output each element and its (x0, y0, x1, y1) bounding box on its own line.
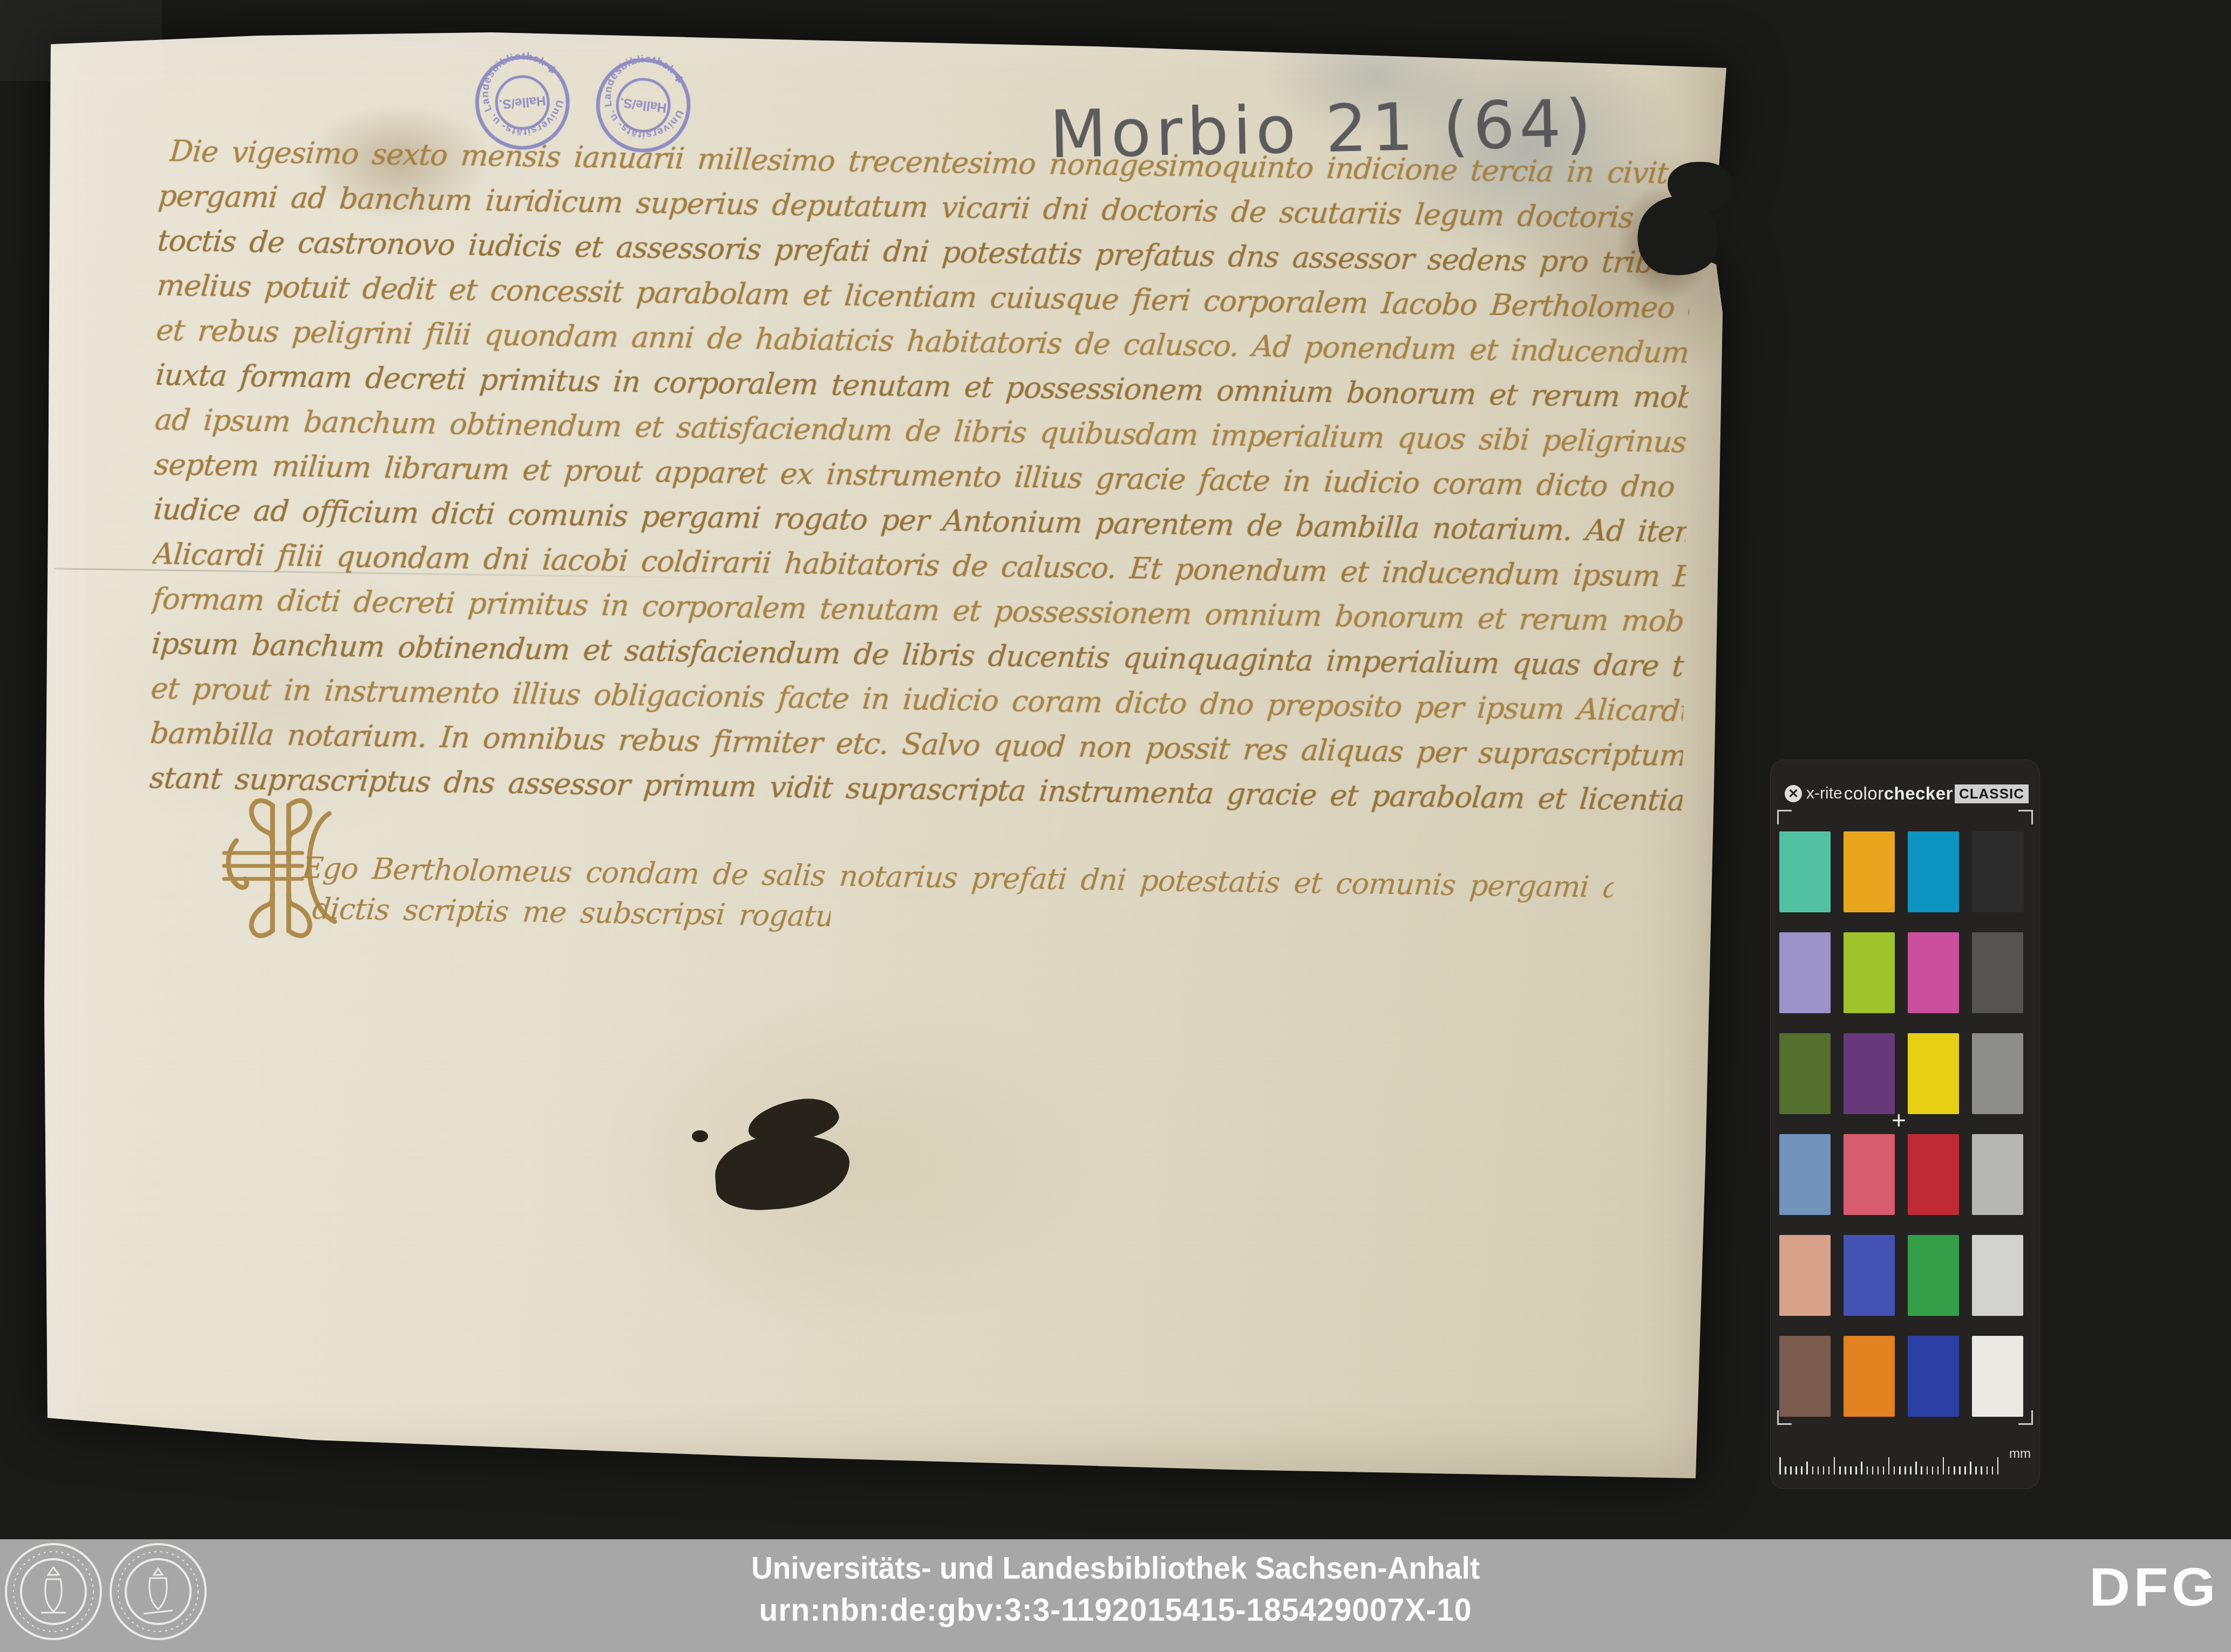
mm-ruler (1779, 1449, 2006, 1474)
ruler-tick (1987, 1466, 1988, 1474)
ruler-tick (1932, 1466, 1934, 1474)
ruler-tick (1834, 1457, 1835, 1474)
classic-badge: CLASSIC (1955, 784, 2029, 803)
ink-blot (692, 1130, 708, 1142)
ruler-tick (1904, 1466, 1906, 1474)
notary-subscription-line: dictis scriptis me subscripsi rogatus et… (311, 892, 832, 933)
ruler-tick (1888, 1457, 1890, 1474)
ruler-tick (1899, 1466, 1901, 1474)
ruler-tick (1937, 1466, 1939, 1474)
dfg-logo: DFG (2089, 1557, 2219, 1619)
manuscript-line: bambilla notarium. In omnibus rebus firm… (149, 716, 1684, 773)
ruler-tick (1970, 1462, 1971, 1474)
color-patch-green (1908, 1235, 1959, 1316)
color-patch-blue-flower (1779, 932, 1831, 1013)
color-patch-magenta (1908, 932, 1959, 1013)
ruler-tick (1779, 1457, 1781, 1474)
mm-ruler-unit: mm (2009, 1446, 2031, 1462)
ruler-tick (1818, 1466, 1819, 1474)
library-name: Universitäts- und Landesbibliothek Sachs… (751, 1550, 1480, 1586)
center-cross-mark: + (1892, 1105, 1906, 1135)
ruler-tick (1850, 1466, 1852, 1474)
parchment-surface: Die vigesimo sexto mensis ianuarii mille… (43, 31, 1731, 1484)
ruler-tick (1855, 1466, 1857, 1474)
color-patch-blue (1908, 1336, 1959, 1417)
svg-text:Universitäts- u. Landesbibliot: Universitäts- u. Landesbibliothek ✱ (476, 47, 568, 141)
color-patch-blue-sky (1779, 1134, 1831, 1215)
ruler-tick (1795, 1466, 1797, 1474)
svg-text:Universitäts- u. Landesbibliot: Universitäts- u. Landesbibliothek ✱ (597, 49, 692, 145)
ruler-tick (1910, 1466, 1912, 1474)
notary-signum-icon (221, 784, 345, 962)
color-patch-white (1972, 1336, 2023, 1417)
ruler-tick (1861, 1462, 1862, 1474)
svg-text:Halle/S.: Halle/S. (619, 95, 667, 115)
ruler-tick (1790, 1466, 1792, 1474)
color-patch-cyan (1908, 831, 1959, 912)
ruler-tick (1867, 1466, 1868, 1474)
svg-text:Halle/S.: Halle/S. (499, 93, 547, 111)
color-patch-yellow (1908, 1033, 1959, 1114)
colorchecker-header: ✕ x-rite colorchecker CLASSIC (1785, 781, 2029, 807)
colorchecker-title: colorchecker (1844, 783, 1953, 804)
xrite-logo-icon: ✕ (1785, 785, 1802, 802)
parchment-document: Die vigesimo sexto mensis ianuarii mille… (43, 31, 1731, 1484)
manuscript-line: Alicardi filii quondam dni iacobi coldir… (152, 537, 1687, 593)
color-patch-black (1972, 831, 2023, 912)
ruler-tick (1964, 1466, 1966, 1474)
color-patch-neutral-5 (1972, 1033, 2023, 1114)
color-patch-foliage (1779, 1033, 1831, 1114)
ruler-tick (1845, 1466, 1846, 1474)
manuscript-line: ipsum banchum obtinendum et satisfaciend… (150, 626, 1685, 683)
ruler-tick (1943, 1457, 1944, 1474)
manuscript-line: ad ipsum banchum obtinendum et satisfaci… (154, 402, 1689, 459)
ruler-tick (1785, 1466, 1786, 1474)
ruler-tick (1823, 1466, 1825, 1474)
title-light: color (1844, 783, 1884, 803)
color-patch-yellow-green (1844, 932, 1895, 1013)
pencil-shelfmark: Morbio 21 (64) (1049, 85, 1596, 173)
ruler-tick (1981, 1466, 1982, 1474)
ruler-tick (1883, 1466, 1885, 1474)
manuscript-line: iudice ad officium dicti comunis pergami… (152, 492, 1688, 549)
title-bold: checker (1884, 783, 1953, 803)
registration-bracket (2018, 810, 2033, 824)
color-patch-light-skin (1779, 1235, 1831, 1316)
ruler-tick (1839, 1466, 1841, 1474)
manuscript-line: formam dicti decreti primitus in corpora… (151, 582, 1686, 638)
color-patch-moderate-red (1844, 1134, 1895, 1215)
manuscript-line: et rebus peligrini filii quondam anni de… (155, 313, 1690, 370)
university-seal-icon (108, 1541, 208, 1642)
color-patch-red (1908, 1134, 1959, 1215)
digitization-footer: Universitäts- und Landesbibliothek Sachs… (0, 1539, 2231, 1652)
ruler-tick (1915, 1462, 1917, 1474)
ruler-tick (1992, 1466, 1994, 1474)
ruler-tick (1872, 1466, 1874, 1474)
ruler-tick (1878, 1466, 1879, 1474)
colorchecker-card: ✕ x-rite colorchecker CLASSIC + mm (1770, 760, 2040, 1489)
xrite-brand: ✕ x-rite (1785, 784, 1842, 803)
ruler-tick (1894, 1466, 1895, 1474)
color-patch-purplish-blue (1844, 1235, 1895, 1316)
xrite-brand-label: x-rite (1806, 784, 1842, 803)
manuscript-line: stant suprascriptus dns assessor primum … (148, 761, 1684, 817)
ruler-tick (1828, 1466, 1830, 1474)
parchment-crease (54, 568, 863, 581)
color-patch-bluish-green (1779, 831, 1831, 912)
ruler-tick (1801, 1466, 1803, 1474)
ruler-tick (1954, 1466, 1955, 1474)
notary-subscription-line: Ego Bertholomeus condam de salis notariu… (301, 851, 1615, 904)
ruler-tick (1812, 1466, 1814, 1474)
manuscript-line: iuxta formam decreti primitus in corpora… (154, 358, 1690, 414)
ruler-tick (1921, 1466, 1922, 1474)
ruler-tick (1927, 1466, 1928, 1474)
color-patch-neutral-6-5 (1972, 1134, 2023, 1215)
ruler-tick (1959, 1466, 1961, 1474)
manuscript-lines: Die vigesimo sexto mensis ianuarii mille… (23, 30, 1733, 1507)
ruler-tick (1997, 1457, 1999, 1474)
ruler-tick (1975, 1466, 1977, 1474)
manuscript-line: septem milium librarum et prout apparet … (153, 447, 1688, 504)
manuscript-line: toctis de castronovo iudicis et assessor… (157, 223, 1692, 280)
color-patch-neutral-3-5 (1972, 932, 2023, 1013)
ruler-tick (1806, 1462, 1808, 1474)
color-patch-orange (1844, 1336, 1895, 1417)
library-stamp: Universitäts- u. Landesbibliothek ✱ Hall… (586, 48, 700, 162)
manuscript-line: melius potuit dedit et concessit parabol… (155, 268, 1691, 325)
color-patch-neutral-8 (1972, 1235, 2023, 1316)
urn-identifier: urn:nbn:de:gbv:3:3-1192015415-185429007X… (759, 1591, 1472, 1628)
color-patch-dark-skin (1779, 1336, 1831, 1417)
manuscript-line: pergami ad banchum iuridicum superius de… (157, 179, 1692, 235)
library-stamp: Universitäts- u. Landesbibliothek ✱ Hall… (467, 47, 578, 158)
color-patch-orange-yellow (1844, 831, 1895, 912)
manuscript-line: et prout in instrumento illius obligacio… (149, 671, 1685, 728)
university-seal-icon (3, 1541, 104, 1642)
color-patch-purple (1844, 1033, 1895, 1114)
ruler-tick (1948, 1466, 1950, 1474)
registration-bracket (1777, 810, 1792, 824)
